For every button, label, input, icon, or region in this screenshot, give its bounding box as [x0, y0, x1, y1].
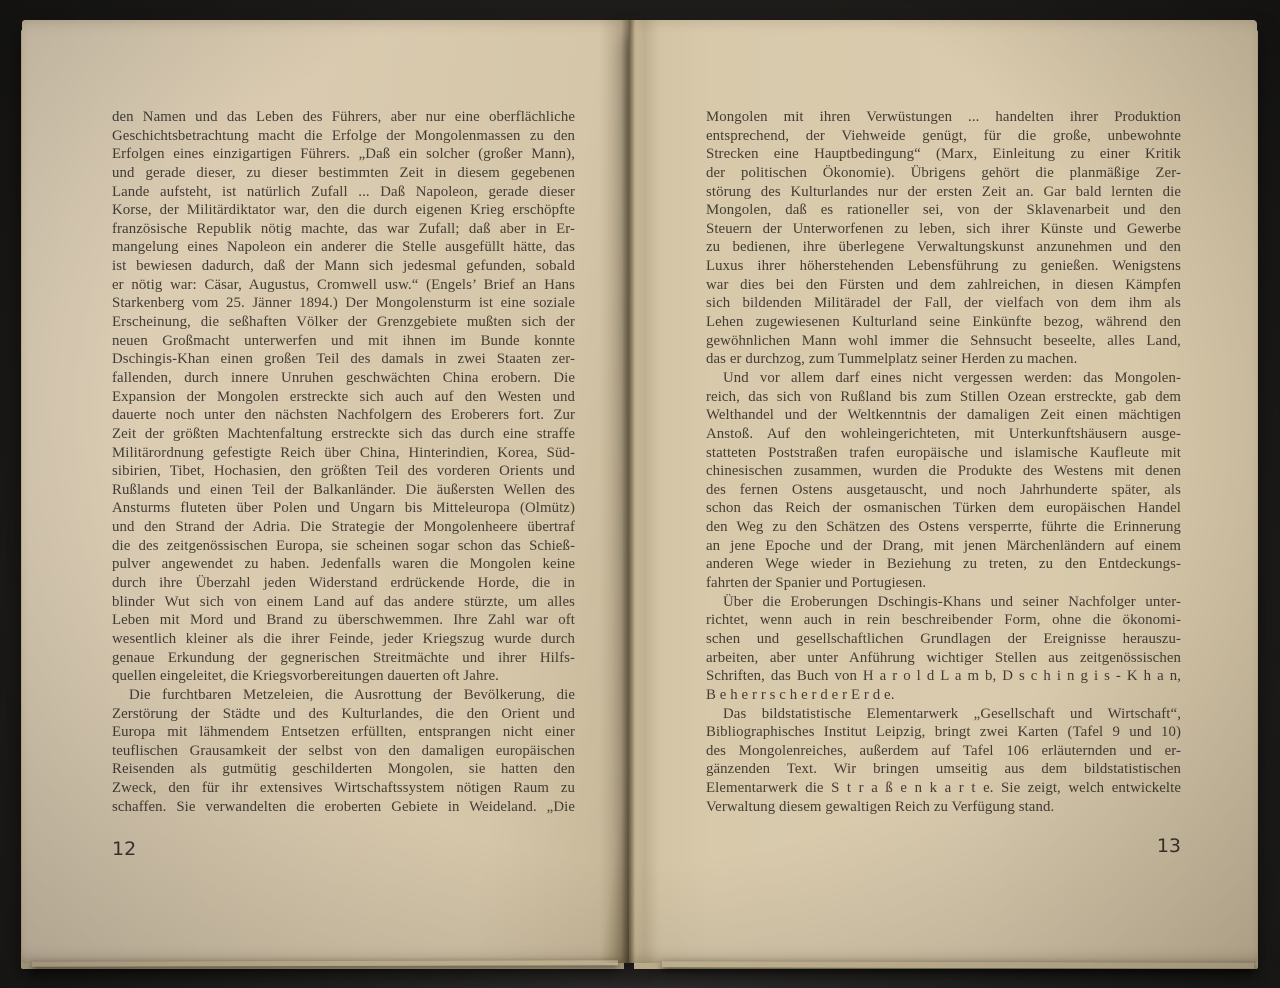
text-line: Militärordnung gefestigte Reich über Chi… — [112, 444, 575, 463]
text-line: und gerade dieser, zu dieser bestimmten … — [112, 164, 575, 183]
page-right: Mongolen mit ihren Verwüstungen ... hand… — [629, 20, 1257, 963]
text-line: gänzenden Text. Wir bringen umseitig aus… — [706, 760, 1181, 779]
text-line: Zerstörung der Städte und des Kulturland… — [112, 705, 575, 724]
text-line: blinder Wut sich von einem Land auf das … — [112, 593, 575, 612]
text-line: anderen Wege wieder in Beziehung zu tret… — [706, 555, 1181, 574]
text-line: sich bildenden Militäradel der Fall, der… — [706, 294, 1181, 313]
text-line: reich, das sich von Rußland bis zum Stil… — [706, 388, 1181, 407]
text-line: Schriften, das Buch von H a r o l d L a … — [706, 667, 1181, 686]
text-line: fahrten der Spanier und Portugiesen. — [706, 574, 1181, 593]
text-line: Und vor allem darf eines nicht vergessen… — [706, 369, 1181, 388]
text-line: Leben mit Mord und Brand zu überschwemme… — [112, 611, 575, 630]
text-line: Mongolen mit ihren Verwüstungen ... hand… — [706, 108, 1181, 127]
text-line: die des zeitgenössischen Europa, sie sch… — [112, 537, 575, 556]
text-line: dauerte noch unter den nächsten Nachfolg… — [112, 406, 575, 425]
text-line: Dschingis-Khan einen großen Teil des dam… — [112, 350, 575, 369]
text-line: gewöhnlichen Mann wohl immer die Sehnsuc… — [706, 332, 1181, 351]
text-line: sibirien, Tibet, Hochasien, den größten … — [112, 462, 575, 481]
text-line: arbeiten, aber unter Anführung wichtiger… — [706, 649, 1181, 668]
text-line: Verwaltung diesem gewaltigen Reich zu Ve… — [706, 798, 1181, 817]
text-line: durch ihre Überzahl jeden Widerstand erd… — [112, 574, 575, 593]
text-line: Reisenden als gutmütig geschilderten Mon… — [112, 760, 575, 779]
text-line: zu bedienen, ihre überlegene Verwaltungs… — [706, 238, 1181, 257]
text-line: Luxus ihrer höherstehenden Lebensführung… — [706, 257, 1181, 276]
text-line: schen und gesellschaftlichen Grundlagen … — [706, 630, 1181, 649]
text-line: teuflischen Grausamkeit der selbst von d… — [112, 742, 575, 761]
text-line: des fernen Ostens ausgetauscht, und noch… — [706, 481, 1181, 500]
text-line: Erscheinung, die seßhaften Völker der Gr… — [112, 313, 575, 332]
text-line: Bibliographisches Institut Leipzig, brin… — [706, 723, 1181, 742]
text-line: das er durchzog, zum Tummelplatz seiner … — [706, 350, 1181, 369]
scanned-book-photo: { "colors": { "background": "#1b1a18", "… — [0, 0, 1280, 988]
text-line: quellen eingeleitet, die Kriegsvorbereit… — [112, 667, 575, 686]
text-line: war dies bei den Fürsten und dem zahlrei… — [706, 276, 1181, 295]
text-line: Anstoß. Auf den wohleingerichteten, mit … — [706, 425, 1181, 444]
text-line: wesentlich kleiner als die ihrer Feinde,… — [112, 630, 575, 649]
text-line: entsprechend, der Viehweide genügt, für … — [706, 127, 1181, 146]
text-line: neuen Großmacht unterwerfen und mit ihne… — [112, 332, 575, 351]
text-line: Erfolgen eines einzigartigen Führers. „D… — [112, 145, 575, 164]
text-line: schon das Reich der osmanischen Türken d… — [706, 499, 1181, 518]
text-line: er nötig war: Cäsar, Augustus, Cromwell … — [112, 276, 575, 295]
text-line: Mongolen, daß es rationeller sei, von de… — [706, 201, 1181, 220]
text-line: Expansion der Mongolen erstreckte sich a… — [112, 388, 575, 407]
text-line: Die furchtbaren Metzeleien, die Ausrottu… — [112, 686, 575, 705]
page-left-text-column: den Namen und das Leben des Führers, abe… — [112, 108, 575, 816]
text-line: ist bewiesen dadurch, daß der Mann sich … — [112, 257, 575, 276]
text-line: Korse, der Militärdiktator war, den die … — [112, 201, 575, 220]
text-line: statteten Poststraßen trafen europäische… — [706, 444, 1181, 463]
text-line: Rußlands und einen Teil der Balkanländer… — [112, 481, 575, 500]
text-line: chinesischen zusammen, wurden die Produk… — [706, 462, 1181, 481]
text-line: Das bildstatistische Elementarwerk „Gese… — [706, 705, 1181, 724]
page-number-left: 12 — [112, 838, 136, 860]
page-number-right: 13 — [1157, 835, 1181, 857]
page-left: den Namen und das Leben des Führers, abe… — [22, 20, 629, 963]
text-line: Welthandel und der Weltkenntnis der dama… — [706, 406, 1181, 425]
text-line: der politischen Ökonomie). Übrigens gehö… — [706, 164, 1181, 183]
text-line: Ansturms fluteten über Polen und Ungarn … — [112, 499, 575, 518]
text-line: genaue Erkundung der gegnerischen Streit… — [112, 649, 575, 668]
text-line: französische Republik nötig machte, das … — [112, 220, 575, 239]
text-line: den Weg zu den Schätzen des Ostens versp… — [706, 518, 1181, 537]
text-line: Strecken eine Hauptbedingung“ (Marx, Ein… — [706, 145, 1181, 164]
text-line: des Mongolenreiches, außerdem auf Tafel … — [706, 742, 1181, 761]
text-line: und den Strand der Adria. Die Strategie … — [112, 518, 575, 537]
text-line: Starkenberg vom 25. Jänner 1894.) Der Mo… — [112, 294, 575, 313]
text-line: Lehen zugewiesenen Kulturland seine Eink… — [706, 313, 1181, 332]
text-line: an jene Epoche und der Drang, mit jenen … — [706, 537, 1181, 556]
text-line: Elementarwerk die S t r a ß e n k a r t … — [706, 779, 1181, 798]
text-line: B e h e r r s c h e r d e r E r d e. — [706, 686, 1181, 705]
text-line: Über die Eroberungen Dschingis-Khans und… — [706, 593, 1181, 612]
text-line: Lande aufsteht, ist natürlich Zufall ...… — [112, 183, 575, 202]
page-right-text-column: Mongolen mit ihren Verwüstungen ... hand… — [706, 108, 1181, 816]
text-line: Steuern der Unterworfenen zu leben, sich… — [706, 220, 1181, 239]
text-line: den Namen und das Leben des Führers, abe… — [112, 108, 575, 127]
text-line: pulver angewendet zu haben. Jedenfalls w… — [112, 555, 575, 574]
text-line: mangelung eines Napoleon ein anderer die… — [112, 238, 575, 257]
text-line: Zweck, den für ihr extensives Wirtschaft… — [112, 779, 575, 798]
text-line: fallenden, durch innere Unruhen geschwäc… — [112, 369, 575, 388]
text-line: Geschichtsbetrachtung macht die Erfolge … — [112, 127, 575, 146]
text-line: störung des Kulturlandes nur der ersten … — [706, 183, 1181, 202]
text-line: Zeit der größten Machtenfaltung erstreck… — [112, 425, 575, 444]
text-line: Europa mit lähmendem Entsetzen erfüllten… — [112, 723, 575, 742]
text-line: richtet, wenn auch in rein beschreibende… — [706, 611, 1181, 630]
book-spread: den Namen und das Leben des Führers, abe… — [0, 0, 1280, 988]
text-line: schaffen. Sie verwandelten die eroberten… — [112, 798, 575, 817]
